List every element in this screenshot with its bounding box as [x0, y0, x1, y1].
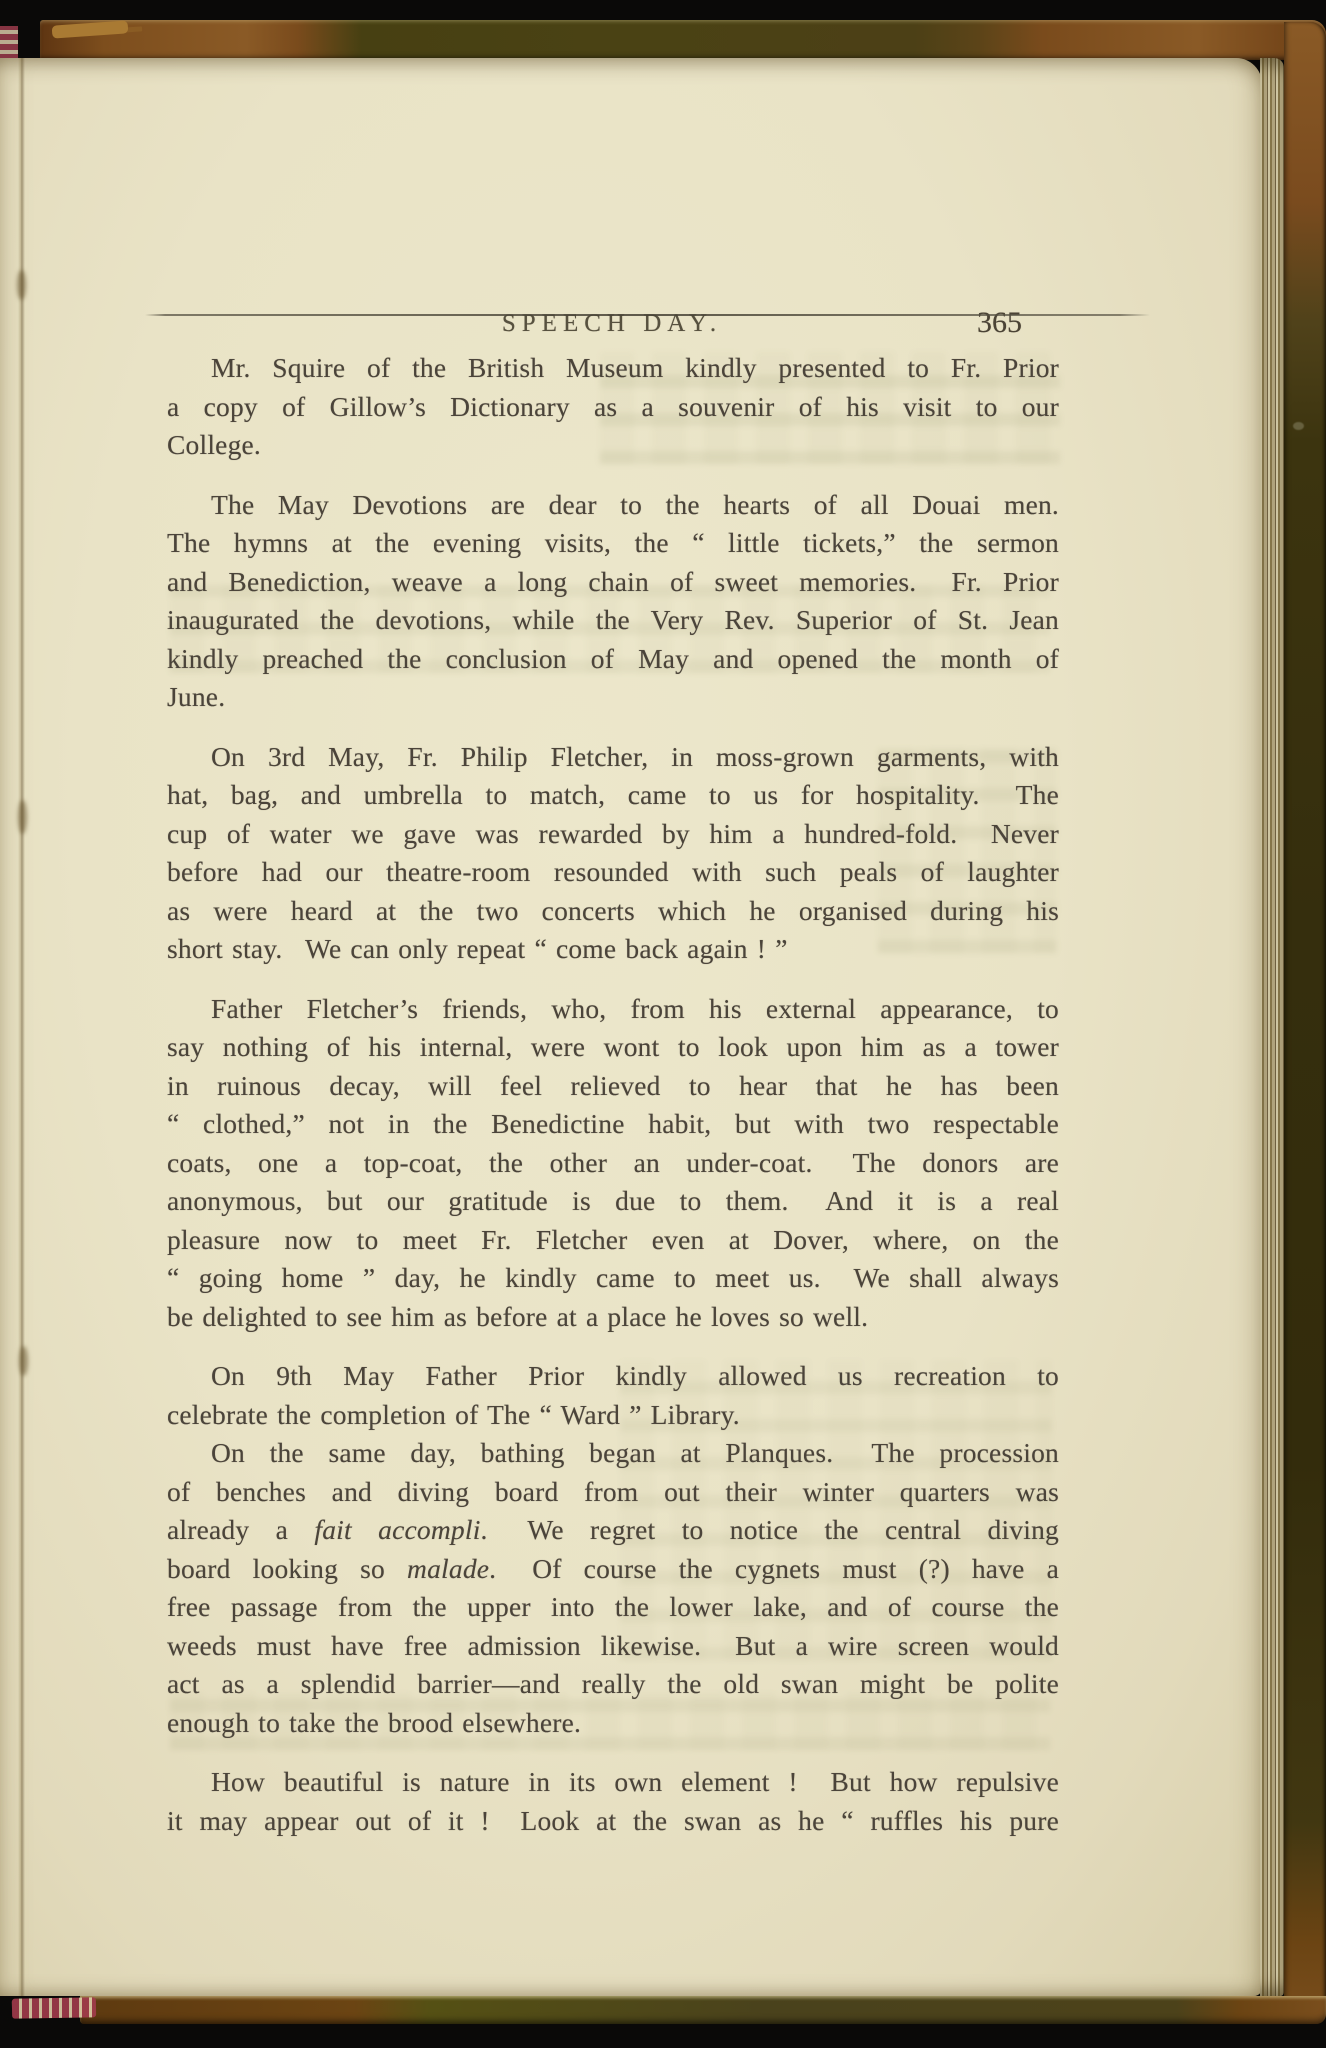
text-segment: already a — [167, 1514, 314, 1545]
text-line: Father Fletcher’s friends, who, from his… — [167, 990, 1059, 1029]
text-line: On 9th May Father Prior kindly allowed u… — [167, 1357, 1059, 1396]
text-line: The May Devotions are dear to the hearts… — [167, 486, 1059, 525]
text-line: enough to take the brood elsewhere. — [167, 1704, 1059, 1743]
text-line: weeds must have free admission likewise.… — [167, 1627, 1059, 1666]
book-cover-right-edge — [1284, 22, 1326, 2022]
text-line: board looking so malade. Of course the c… — [167, 1550, 1059, 1589]
text-line: as were heard at the two concerts which … — [167, 892, 1059, 931]
text-line: already a fait accompli. We regret to no… — [167, 1511, 1059, 1550]
tailband-red — [12, 1997, 96, 2018]
paragraph: On the same day, bathing began at Planqu… — [167, 1434, 1059, 1742]
paragraph: Mr. Squire of the British Museum kindly … — [167, 349, 1059, 465]
italic-text: fait accompli — [314, 1514, 480, 1545]
text-segment: . Of course the cygnets must (?) have a — [489, 1553, 1059, 1584]
text-line: celebrate the completion of The “ Ward ”… — [167, 1396, 1059, 1435]
text-line: hat, bag, and umbrella to match, came to… — [167, 776, 1059, 815]
text-line: coats, one a top-coat, the other an unde… — [167, 1144, 1059, 1183]
page-gutter-crease — [18, 58, 25, 1996]
crease-knot — [17, 270, 26, 300]
crease-knot — [19, 1346, 28, 1376]
book-page: SPEECH DAY. 365 Mr. Squire of the Britis… — [0, 58, 1262, 1996]
text-line: On the same day, bathing began at Planqu… — [167, 1434, 1059, 1473]
text-segment: board looking so — [167, 1553, 407, 1584]
book-cover-bottom-edge — [80, 1996, 1326, 2024]
italic-text: malade — [407, 1553, 489, 1584]
paragraph: On 3rd May, Fr. Philip Fletcher, in moss… — [167, 738, 1059, 969]
text-line: kindly preached the conclusion of May an… — [167, 640, 1059, 679]
page-number: 365 — [960, 306, 1022, 340]
text-line: a copy of Gillow’s Dictionary as a souve… — [167, 388, 1059, 427]
page-edge-stack — [1260, 58, 1284, 1996]
text-line: of benches and diving board from out the… — [167, 1473, 1059, 1512]
text-line: The hymns at the evening visits, the “ l… — [167, 524, 1059, 563]
text-line: before had our theatre-room resounded wi… — [167, 853, 1059, 892]
text-line: say nothing of his internal, were wont t… — [167, 1028, 1059, 1067]
spine-headband-red — [0, 26, 18, 60]
text-line: Mr. Squire of the British Museum kindly … — [167, 349, 1059, 388]
text-line: “ going home ” day, he kindly came to me… — [167, 1259, 1059, 1298]
text-line: anonymous, but our gratitude is due to t… — [167, 1182, 1059, 1221]
text-line: “ clothed,” not in the Benedictine habit… — [167, 1105, 1059, 1144]
cover-speck — [1293, 422, 1304, 430]
text-line: and Benediction, weave a long chain of s… — [167, 563, 1059, 602]
paragraph: How beautiful is nature in its own eleme… — [167, 1763, 1059, 1840]
text-line: it may appear out of it ! Look at the sw… — [167, 1802, 1059, 1841]
text-line: be delighted to see him as before at a p… — [167, 1298, 1059, 1337]
book-cover-top-edge — [40, 20, 1326, 60]
text-line: cup of water we gave was rewarded by him… — [167, 815, 1059, 854]
paragraph: On 9th May Father Prior kindly allowed u… — [167, 1357, 1059, 1434]
text-line: short stay. We can only repeat “ come ba… — [167, 930, 1059, 969]
text-line: pleasure now to meet Fr. Fletcher even a… — [167, 1221, 1059, 1260]
text-line: College. — [167, 426, 1059, 465]
crease-knot — [18, 800, 27, 834]
paragraph: The May Devotions are dear to the hearts… — [167, 486, 1059, 717]
text-line: On 3rd May, Fr. Philip Fletcher, in moss… — [167, 738, 1059, 777]
header-rule — [145, 314, 1150, 316]
text-block: Mr. Squire of the British Museum kindly … — [167, 349, 1059, 1840]
book-scan-photo: SPEECH DAY. 365 Mr. Squire of the Britis… — [0, 0, 1326, 2048]
text-line: free passage from the upper into the low… — [167, 1588, 1059, 1627]
text-line: inaugurated the devotions, while the Ver… — [167, 601, 1059, 640]
text-line: June. — [167, 678, 1059, 717]
text-line: How beautiful is nature in its own eleme… — [167, 1763, 1059, 1802]
text-segment: . We regret to notice the central diving — [481, 1514, 1059, 1545]
text-line: in ruinous decay, will feel relieved to … — [167, 1067, 1059, 1106]
paragraph: Father Fletcher’s friends, who, from his… — [167, 990, 1059, 1337]
text-line: act as a splendid barrier—and really the… — [167, 1665, 1059, 1704]
